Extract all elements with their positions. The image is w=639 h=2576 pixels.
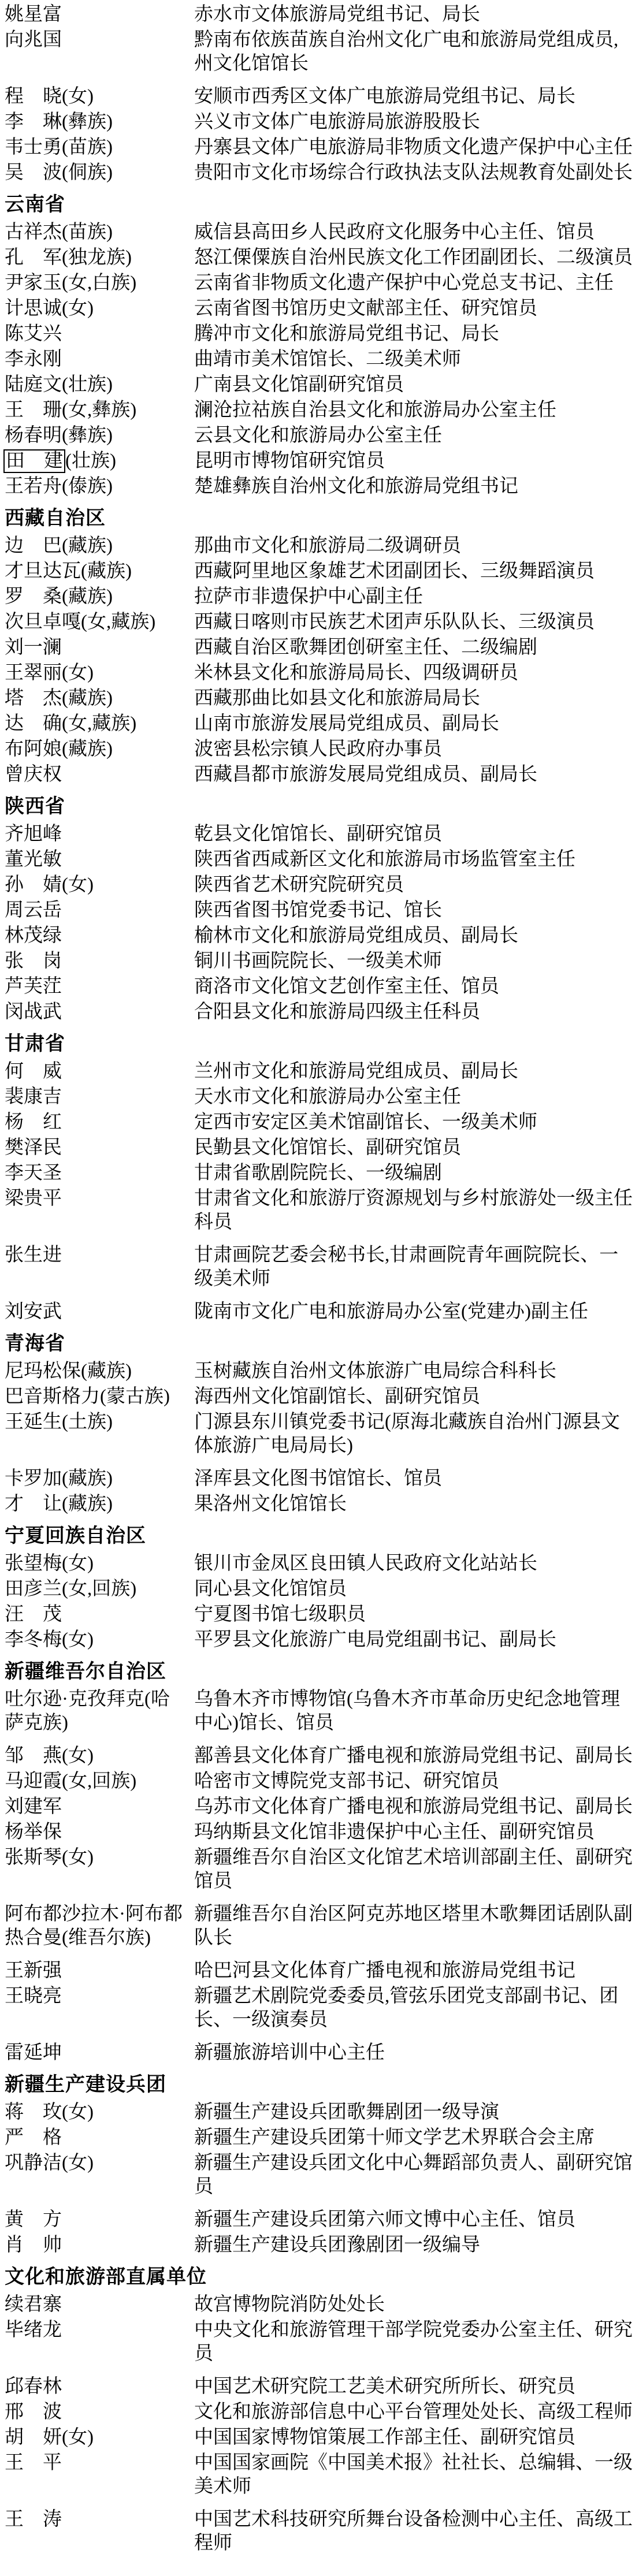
entry-name: 肖 帅 [5, 2233, 187, 2257]
entry-row: 王若舟(傣族)楚雄彝族自治州文化和旅游局党组书记 [5, 475, 637, 498]
entry-name: 布阿娘(藏族) [5, 738, 187, 761]
entry-row: 毕绪龙中央文化和旅游管理干部学院党委办公室主任、研究员 [5, 2318, 637, 2366]
entry-name: 姚星富 [5, 3, 187, 27]
entry-title: 乌苏市文化体育广播电视和旅游局党组书记、副局长 [194, 1795, 637, 1819]
section-header: 陕西省 [5, 794, 637, 819]
entry-title: 商洛市文化馆文艺创作室主任、馆员 [194, 975, 637, 999]
entry-row: 孔 军(独龙族)怒江傈僳族自治州民族文化工作团副团长、二级演员 [5, 246, 637, 270]
entry-title: 澜沧拉祜族自治县文化和旅游局办公室主任 [194, 399, 637, 422]
entry-row: 阿布都沙拉木·阿布都热合曼(维吾尔族)新疆维吾尔自治区阿克苏地区塔里木歌舞团话剧… [5, 1903, 637, 1950]
entry-name: 向兆国 [5, 28, 187, 52]
entry-name: 次旦卓嘎(女,藏族) [5, 611, 187, 634]
boxed-name-highlight: 田 建 [3, 449, 65, 473]
entry-row: 吐尔逊·克孜拜克(哈萨克族)乌鲁木齐市博物馆(乌鲁木齐市革命历史纪念地管理中心)… [5, 1688, 637, 1735]
entry-title: 中央文化和旅游管理干部学院党委办公室主任、研究员 [194, 2318, 637, 2366]
province-section: 云南省古祥杰(苗族)威信县高田乡人民政府文化服务中心主任、馆员孔 军(独龙族)怒… [5, 192, 637, 498]
province-section: 姚星富赤水市文体旅游局党组书记、局长向兆国黔南布依族苗族自治州文化广电和旅游局党… [5, 3, 637, 185]
entry-name: 何 威 [5, 1060, 187, 1084]
entry-title: 西藏那曲比如县文化和旅游局局长 [194, 687, 637, 710]
entry-row: 邹 燕(女)鄯善县文化体育广播电视和旅游局党组书记、副局长 [5, 1744, 637, 1768]
entry-title: 楚雄彝族自治州文化和旅游局党组书记 [194, 475, 637, 498]
entry-name: 刘安武 [5, 1300, 187, 1324]
entry-row: 林茂绿榆林市文化和旅游局党组成员、副局长 [5, 924, 637, 948]
entry-row: 才 让(藏族)果洛州文化馆馆长 [5, 1492, 637, 1516]
entry-title: 曲靖市美术馆馆长、二级美术师 [194, 348, 637, 371]
entry-name: 杨举保 [5, 1821, 187, 1844]
province-section: 宁夏回族自治区张望梅(女)银川市金凤区良田镇人民政府文化站站长田彦兰(女,回族)… [5, 1523, 637, 1652]
entry-name: 田彦兰(女,回族) [5, 1577, 187, 1601]
entry-row: 王翠丽(女)米林县文化和旅游局局长、四级调研员 [5, 661, 637, 685]
entry-name: 周云岳 [5, 899, 187, 922]
entry-row: 田彦兰(女,回族)同心县文化馆馆员 [5, 1577, 637, 1601]
entry-row: 罗 桑(藏族)拉萨市非遗保护中心副主任 [5, 585, 637, 609]
entry-name: 卡罗加(藏族) [5, 1467, 187, 1491]
entry-title: 玛纳斯县文化馆非遗保护中心主任、副研究馆员 [194, 1821, 637, 1844]
entry-title: 果洛州文化馆馆长 [194, 1492, 637, 1516]
entry-row: 齐旭峰乾县文化馆馆长、副研究馆员 [5, 822, 637, 846]
entry-name: 张生进 [5, 1244, 187, 1267]
entry-name: 马迎霞(女,回族) [5, 1770, 187, 1793]
entry-name: 吐尔逊·克孜拜克(哈萨克族) [5, 1688, 187, 1735]
entry-row: 周云岳陕西省图书馆党委书记、馆长 [5, 899, 637, 922]
entry-name: 刘一澜 [5, 636, 187, 660]
entry-row: 陈艾兴腾冲市文化和旅游局党组书记、局长 [5, 322, 637, 346]
entry-name: 孙 婧(女) [5, 873, 187, 897]
entry-title: 中国艺术科技研究所舞台设备检测中心主任、高级工程师 [194, 2508, 637, 2555]
entry-title: 黔南布依族苗族自治州文化广电和旅游局党组成员,州文化馆馆长 [194, 28, 637, 76]
entry-row: 布阿娘(藏族)波密县松宗镇人民政府办事员 [5, 738, 637, 761]
entry-name: 边 巴(藏族) [5, 534, 187, 558]
entry-row: 孙 婧(女)陕西省艺术研究院研究员 [5, 873, 637, 897]
entry-row: 田 建(壮族)昆明市博物馆研究馆员 [5, 449, 637, 473]
entry-title: 西藏自治区歌舞团创研室主任、二级编剧 [194, 636, 637, 660]
entry-name: 陈艾兴 [5, 322, 187, 346]
entry-title: 兰州市文化和旅游局党组成员、副局长 [194, 1060, 637, 1084]
entry-title: 腾冲市文化和旅游局党组书记、局长 [194, 322, 637, 346]
section-header: 青海省 [5, 1331, 637, 1356]
entry-title: 中国国家画院《中国美术报》社社长、总编辑、一级美术师 [194, 2451, 637, 2499]
province-section: 陕西省齐旭峰乾县文化馆馆长、副研究馆员董光敏陕西省西咸新区文化和旅游局市场监管室… [5, 794, 637, 1024]
entry-row: 王晓亮新疆艺术剧院党委委员,管弦乐团党支部副书记、团长、一级演奏员 [5, 1985, 637, 2032]
entry-name: 古祥杰(苗族) [5, 221, 187, 244]
entry-name: 尹家玉(女,白族) [5, 271, 187, 295]
entry-row: 张生进甘肃画院艺委会秘书长,甘肃画院青年画院院长、一级美术师 [5, 1244, 637, 1291]
entry-name: 邢 波 [5, 2400, 187, 2424]
entry-name: 巩静洁(女) [5, 2151, 187, 2175]
entry-row: 杨春明(彝族)云县文化和旅游局办公室主任 [5, 424, 637, 448]
entry-name: 毕绪龙 [5, 2318, 187, 2342]
entry-name: 邱春林 [5, 2375, 187, 2399]
section-header: 文化和旅游部直属单位 [5, 2264, 637, 2290]
entry-row: 马迎霞(女,回族)哈密市文博院党支部书记、研究馆员 [5, 1770, 637, 1793]
entry-row: 张 岗铜川书画院院长、一级美术师 [5, 950, 637, 973]
entry-title: 昆明市博物馆研究馆员 [194, 449, 637, 473]
entry-name: 才 让(藏族) [5, 1492, 187, 1516]
entry-title: 文化和旅游部信息中心平台管理处处长、高级工程师 [194, 2400, 637, 2424]
entry-name: 续君寨 [5, 2293, 187, 2317]
section-header: 甘肃省 [5, 1031, 637, 1056]
entry-title: 新疆生产建设兵团文化中心舞蹈部负责人、副研究馆员 [194, 2151, 637, 2199]
entry-name: 王 珊(女,彝族) [5, 399, 187, 422]
entry-name: 邹 燕(女) [5, 1744, 187, 1768]
entry-title: 故宫博物院消防处处长 [194, 2293, 637, 2317]
entry-title: 山南市旅游发展局党组成员、副局长 [194, 712, 637, 736]
entry-row: 曾庆权西藏昌都市旅游发展局党组成员、副局长 [5, 763, 637, 787]
entry-row: 芦芙茳商洛市文化馆文艺创作室主任、馆员 [5, 975, 637, 999]
section-header: 新疆生产建设兵团 [5, 2072, 637, 2097]
entry-name: 孔 军(独龙族) [5, 246, 187, 270]
entry-title: 怒江傈僳族自治州民族文化工作团副团长、二级演员 [194, 246, 637, 270]
entry-name: 曾庆权 [5, 763, 187, 787]
entry-title: 中国国家博物馆策展工作部主任、副研究馆员 [194, 2426, 637, 2450]
entry-name: 刘建军 [5, 1795, 187, 1819]
entry-title: 合阳县文化和旅游局四级主任科员 [194, 1000, 637, 1024]
entry-row: 姚星富赤水市文体旅游局党组书记、局长 [5, 3, 637, 27]
entry-name: 黄 方 [5, 2208, 187, 2232]
entry-title: 哈巴河县文化体育广播电视和旅游局党组书记 [194, 1959, 637, 1983]
entry-row: 黄 方新疆生产建设兵团第六师文博中心主任、馆员 [5, 2208, 637, 2232]
entry-name: 胡 妍(女) [5, 2426, 187, 2450]
entry-row: 闵战武合阳县文化和旅游局四级主任科员 [5, 1000, 637, 1024]
entry-title: 甘肃画院艺委会秘书长,甘肃画院青年画院院长、一级美术师 [194, 1244, 637, 1291]
entry-row: 邢 波文化和旅游部信息中心平台管理处处长、高级工程师 [5, 2400, 637, 2424]
entry-title: 云南省非物质文化遗产保护中心党总支书记、主任 [194, 271, 637, 295]
entry-title: 新疆生产建设兵团豫剧团一级编导 [194, 2233, 637, 2257]
entry-row: 巴音斯格力(蒙古族)海西州文化馆副馆长、副研究馆员 [5, 1385, 637, 1409]
entry-title: 新疆维吾尔自治区阿克苏地区塔里木歌舞团话剧队副队长 [194, 1903, 637, 1950]
entry-row: 王 平中国国家画院《中国美术报》社社长、总编辑、一级美术师 [5, 2451, 637, 2499]
entry-title: 天水市文化和旅游局办公室主任 [194, 1085, 637, 1109]
entry-title: 兴义市文体广电旅游局旅游股股长 [194, 110, 637, 134]
entry-row: 古祥杰(苗族)威信县高田乡人民政府文化服务中心主任、馆员 [5, 221, 637, 244]
entry-name: 杨 红 [5, 1111, 187, 1134]
entry-row: 梁贵平甘肃省文化和旅游厅资源规划与乡村旅游处一级主任科员 [5, 1187, 637, 1234]
document-page: 姚星富赤水市文体旅游局党组书记、局长向兆国黔南布依族苗族自治州文化广电和旅游局党… [0, 0, 639, 2576]
entry-row: 巩静洁(女)新疆生产建设兵团文化中心舞蹈部负责人、副研究馆员 [5, 2151, 637, 2199]
entry-row: 陆庭文(壮族)广南县文化馆副研究馆员 [5, 373, 637, 397]
entry-title: 西藏日喀则市民族艺术团声乐队队长、三级演员 [194, 611, 637, 634]
entry-name: 韦士勇(苗族) [5, 136, 187, 159]
entry-name: 王翠丽(女) [5, 661, 187, 685]
province-section: 青海省尼玛松保(藏族)玉树藏族自治州文体旅游广电局综合科科长巴音斯格力(蒙古族)… [5, 1331, 637, 1516]
entry-title: 新疆艺术剧院党委委员,管弦乐团党支部副书记、团长、一级演奏员 [194, 1985, 637, 2032]
entry-title: 乌鲁木齐市博物馆(乌鲁木齐市革命历史纪念地管理中心)馆长、馆员 [194, 1688, 637, 1735]
entry-title: 海西州文化馆副馆长、副研究馆员 [194, 1385, 637, 1409]
entry-name: 王晓亮 [5, 1985, 187, 2008]
entry-name: 杨春明(彝族) [5, 424, 187, 448]
entry-row: 李天圣甘肃省歌剧院院长、一级编剧 [5, 1162, 637, 1185]
entry-name: 齐旭峰 [5, 822, 187, 846]
entry-name: 王若舟(傣族) [5, 475, 187, 498]
entry-title: 西藏昌都市旅游发展局党组成员、副局长 [194, 763, 637, 787]
entry-name: 严 格 [5, 2126, 187, 2150]
entry-title: 银川市金凤区良田镇人民政府文化站站长 [194, 1552, 637, 1576]
entry-name: 计思诚(女) [5, 297, 187, 321]
entry-title: 那曲市文化和旅游局二级调研员 [194, 534, 637, 558]
entry-title: 西藏阿里地区象雄艺术团副团长、三级舞蹈演员 [194, 560, 637, 583]
entry-name: 达 确(女,藏族) [5, 712, 187, 736]
entry-name: 王 涛 [5, 2508, 187, 2532]
entry-name: 巴音斯格力(蒙古族) [5, 1385, 187, 1409]
entry-row: 杨 红定西市安定区美术馆副馆长、一级美术师 [5, 1111, 637, 1134]
entry-row: 王 涛中国艺术科技研究所舞台设备检测中心主任、高级工程师 [5, 2508, 637, 2555]
entry-name: 裴康吉 [5, 1085, 187, 1109]
entry-row: 边 巴(藏族)那曲市文化和旅游局二级调研员 [5, 534, 637, 558]
entry-name: 罗 桑(藏族) [5, 585, 187, 609]
entry-name: 王新强 [5, 1959, 187, 1983]
entry-row: 刘一澜西藏自治区歌舞团创研室主任、二级编剧 [5, 636, 637, 660]
entry-title: 新疆生产建设兵团第六师文博中心主任、馆员 [194, 2208, 637, 2232]
entry-row: 塔 杰(藏族)西藏那曲比如县文化和旅游局局长 [5, 687, 637, 710]
province-section: 甘肃省何 威兰州市文化和旅游局党组成员、副局长裴康吉天水市文化和旅游局办公室主任… [5, 1031, 637, 1324]
section-header: 云南省 [5, 192, 637, 217]
entry-row: 裴康吉天水市文化和旅游局办公室主任 [5, 1085, 637, 1109]
entry-title: 波密县松宗镇人民政府办事员 [194, 738, 637, 761]
entry-title: 平罗县文化旅游广电局党组副书记、副局长 [194, 1628, 637, 1652]
entry-row: 汪 茂宁夏图书馆七级职员 [5, 1603, 637, 1626]
entry-title: 赤水市文体旅游局党组书记、局长 [194, 3, 637, 27]
entry-row: 尼玛松保(藏族)玉树藏族自治州文体旅游广电局综合科科长 [5, 1360, 637, 1383]
entry-row: 吴 波(侗族)贵阳市文化市场综合行政执法支队法规教育处副处长 [5, 161, 637, 185]
entry-row: 卡罗加(藏族)泽库县文化图书馆馆长、馆员 [5, 1467, 637, 1491]
entry-row: 程 晓(女)安顺市西秀区文体广电旅游局党组书记、局长 [5, 85, 637, 109]
entry-title: 广南县文化馆副研究馆员 [194, 373, 637, 397]
entry-name: 李永刚 [5, 348, 187, 371]
entry-row: 胡 妍(女)中国国家博物馆策展工作部主任、副研究馆员 [5, 2426, 637, 2450]
entry-title: 陇南市文化广电和旅游局办公室(党建办)副主任 [194, 1300, 637, 1324]
entry-name: 才旦达瓦(藏族) [5, 560, 187, 583]
entry-row: 张斯琴(女)新疆维吾尔自治区文化馆艺术培训部副主任、副研究馆员 [5, 1846, 637, 1893]
entry-title: 新疆旅游培训中心主任 [194, 2041, 637, 2065]
entry-row: 董光敏陕西省西咸新区文化和旅游局市场监管室主任 [5, 848, 637, 872]
entry-row: 李冬梅(女)平罗县文化旅游广电局党组副书记、副局长 [5, 1628, 637, 1652]
entry-title: 泽库县文化图书馆馆长、馆员 [194, 1467, 637, 1491]
entry-name-suffix: (壮族) [65, 451, 116, 471]
entry-title: 乾县文化馆馆长、副研究馆员 [194, 822, 637, 846]
entry-title: 民勤县文化馆馆长、副研究馆员 [194, 1136, 637, 1160]
entry-title: 甘肃省歌剧院院长、一级编剧 [194, 1162, 637, 1185]
entry-row: 刘安武陇南市文化广电和旅游局办公室(党建办)副主任 [5, 1300, 637, 1324]
entry-name: 梁贵平 [5, 1187, 187, 1211]
province-section: 西藏自治区边 巴(藏族)那曲市文化和旅游局二级调研员才旦达瓦(藏族)西藏阿里地区… [5, 505, 637, 787]
entry-name: 王 平 [5, 2451, 187, 2475]
entry-row: 张望梅(女)银川市金凤区良田镇人民政府文化站站长 [5, 1552, 637, 1576]
entry-row: 杨举保玛纳斯县文化馆非遗保护中心主任、副研究馆员 [5, 1821, 637, 1844]
entry-name: 田 建(壮族) [5, 449, 187, 473]
entry-title: 陕西省艺术研究院研究员 [194, 873, 637, 897]
entry-name: 闵战武 [5, 1000, 187, 1024]
entry-row: 邱春林中国艺术研究院工艺美术研究所所长、研究员 [5, 2375, 637, 2399]
entry-title: 威信县高田乡人民政府文化服务中心主任、馆员 [194, 221, 637, 244]
entry-row: 刘建军乌苏市文化体育广播电视和旅游局党组书记、副局长 [5, 1795, 637, 1819]
entry-row: 韦士勇(苗族)丹寨县文体广电旅游局非物质文化遗产保护中心主任 [5, 136, 637, 159]
entry-row: 向兆国黔南布依族苗族自治州文化广电和旅游局党组成员,州文化馆馆长 [5, 28, 637, 76]
entry-row: 肖 帅新疆生产建设兵团豫剧团一级编导 [5, 2233, 637, 2257]
entry-row: 才旦达瓦(藏族)西藏阿里地区象雄艺术团副团长、三级舞蹈演员 [5, 560, 637, 583]
entry-row: 雷延坤新疆旅游培训中心主任 [5, 2041, 637, 2065]
entry-row: 李永刚曲靖市美术馆馆长、二级美术师 [5, 348, 637, 371]
entry-row: 李 琳(彝族)兴义市文体广电旅游局旅游股股长 [5, 110, 637, 134]
entry-row: 严 格新疆生产建设兵团第十师文学艺术界联合会主席 [5, 2126, 637, 2150]
section-header: 宁夏回族自治区 [5, 1523, 637, 1548]
entry-title: 新疆生产建设兵团第十师文学艺术界联合会主席 [194, 2126, 637, 2150]
entry-title: 丹寨县文体广电旅游局非物质文化遗产保护中心主任 [194, 136, 637, 159]
entry-title: 甘肃省文化和旅游厅资源规划与乡村旅游处一级主任科员 [194, 1187, 637, 1234]
entry-title: 哈密市文博院党支部书记、研究馆员 [194, 1770, 637, 1793]
entry-name: 程 晓(女) [5, 85, 187, 109]
entry-title: 宁夏图书馆七级职员 [194, 1603, 637, 1626]
entry-row: 王延生(土族)门源县东川镇党委书记(原海北藏族自治州门源县文体旅游广电局局长) [5, 1410, 637, 1458]
entry-name: 王延生(土族) [5, 1410, 187, 1434]
entry-title: 定西市安定区美术馆副馆长、一级美术师 [194, 1111, 637, 1134]
entry-name: 李冬梅(女) [5, 1628, 187, 1652]
entry-row: 何 威兰州市文化和旅游局党组成员、副局长 [5, 1060, 637, 1084]
entry-row: 计思诚(女)云南省图书馆历史文献部主任、研究馆员 [5, 297, 637, 321]
entry-title: 贵阳市文化市场综合行政执法支队法规教育处副处长 [194, 161, 637, 185]
entry-title: 铜川书画院院长、一级美术师 [194, 950, 637, 973]
entry-row: 次旦卓嘎(女,藏族)西藏日喀则市民族艺术团声乐队队长、三级演员 [5, 611, 637, 634]
entry-title: 新疆维吾尔自治区文化馆艺术培训部副主任、副研究馆员 [194, 1846, 637, 1893]
entry-name: 樊泽民 [5, 1136, 187, 1160]
entry-row: 达 确(女,藏族)山南市旅游发展局党组成员、副局长 [5, 712, 637, 736]
province-section: 文化和旅游部直属单位续君寨故宫博物院消防处处长毕绪龙中央文化和旅游管理干部学院党… [5, 2264, 637, 2555]
entry-title: 安顺市西秀区文体广电旅游局党组书记、局长 [194, 85, 637, 109]
entry-name: 李天圣 [5, 1162, 187, 1185]
entry-row: 蒋 玫(女)新疆生产建设兵团歌舞剧团一级导演 [5, 2101, 637, 2124]
entry-name: 蒋 玫(女) [5, 2101, 187, 2124]
entry-row: 王新强哈巴河县文化体育广播电视和旅游局党组书记 [5, 1959, 637, 1983]
entry-name: 尼玛松保(藏族) [5, 1360, 187, 1383]
entry-title: 同心县文化馆馆员 [194, 1577, 637, 1601]
entry-row: 续君寨故宫博物院消防处处长 [5, 2293, 637, 2317]
entry-title: 中国艺术研究院工艺美术研究所所长、研究员 [194, 2375, 637, 2399]
entry-row: 樊泽民民勤县文化馆馆长、副研究馆员 [5, 1136, 637, 1160]
entry-name: 汪 茂 [5, 1603, 187, 1626]
entry-title: 米林县文化和旅游局局长、四级调研员 [194, 661, 637, 685]
entry-row: 王 珊(女,彝族)澜沧拉祜族自治县文化和旅游局办公室主任 [5, 399, 637, 422]
entry-title: 云南省图书馆历史文献部主任、研究馆员 [194, 297, 637, 321]
entry-name: 芦芙茳 [5, 975, 187, 999]
entry-title: 拉萨市非遗保护中心副主任 [194, 585, 637, 609]
entry-name: 张斯琴(女) [5, 1846, 187, 1870]
entry-name: 吴 波(侗族) [5, 161, 187, 185]
entry-title: 新疆生产建设兵团歌舞剧团一级导演 [194, 2101, 637, 2124]
entry-name: 张 岗 [5, 950, 187, 973]
entry-title: 陕西省西咸新区文化和旅游局市场监管室主任 [194, 848, 637, 872]
entry-name: 陆庭文(壮族) [5, 373, 187, 397]
entry-title: 榆林市文化和旅游局党组成员、副局长 [194, 924, 637, 948]
entry-title: 鄯善县文化体育广播电视和旅游局党组书记、副局长 [194, 1744, 637, 1768]
entry-title: 陕西省图书馆党委书记、馆长 [194, 899, 637, 922]
section-header: 新疆维吾尔自治区 [5, 1659, 637, 1684]
entry-name: 雷延坤 [5, 2041, 187, 2065]
province-section: 新疆生产建设兵团蒋 玫(女)新疆生产建设兵团歌舞剧团一级导演严 格新疆生产建设兵… [5, 2072, 637, 2257]
entry-name: 林茂绿 [5, 924, 187, 948]
entry-name: 张望梅(女) [5, 1552, 187, 1576]
entry-title: 云县文化和旅游局办公室主任 [194, 424, 637, 448]
province-section: 新疆维吾尔自治区吐尔逊·克孜拜克(哈萨克族)乌鲁木齐市博物馆(乌鲁木齐市革命历史… [5, 1659, 637, 2065]
entry-name: 阿布都沙拉木·阿布都热合曼(维吾尔族) [5, 1903, 187, 1950]
entry-name: 李 琳(彝族) [5, 110, 187, 134]
entry-name: 塔 杰(藏族) [5, 687, 187, 710]
section-header: 西藏自治区 [5, 505, 637, 531]
entry-title: 门源县东川镇党委书记(原海北藏族自治州门源县文体旅游广电局局长) [194, 1410, 637, 1458]
entry-name: 董光敏 [5, 848, 187, 872]
entry-row: 尹家玉(女,白族)云南省非物质文化遗产保护中心党总支书记、主任 [5, 271, 637, 295]
entry-title: 玉树藏族自治州文体旅游广电局综合科科长 [194, 1360, 637, 1383]
